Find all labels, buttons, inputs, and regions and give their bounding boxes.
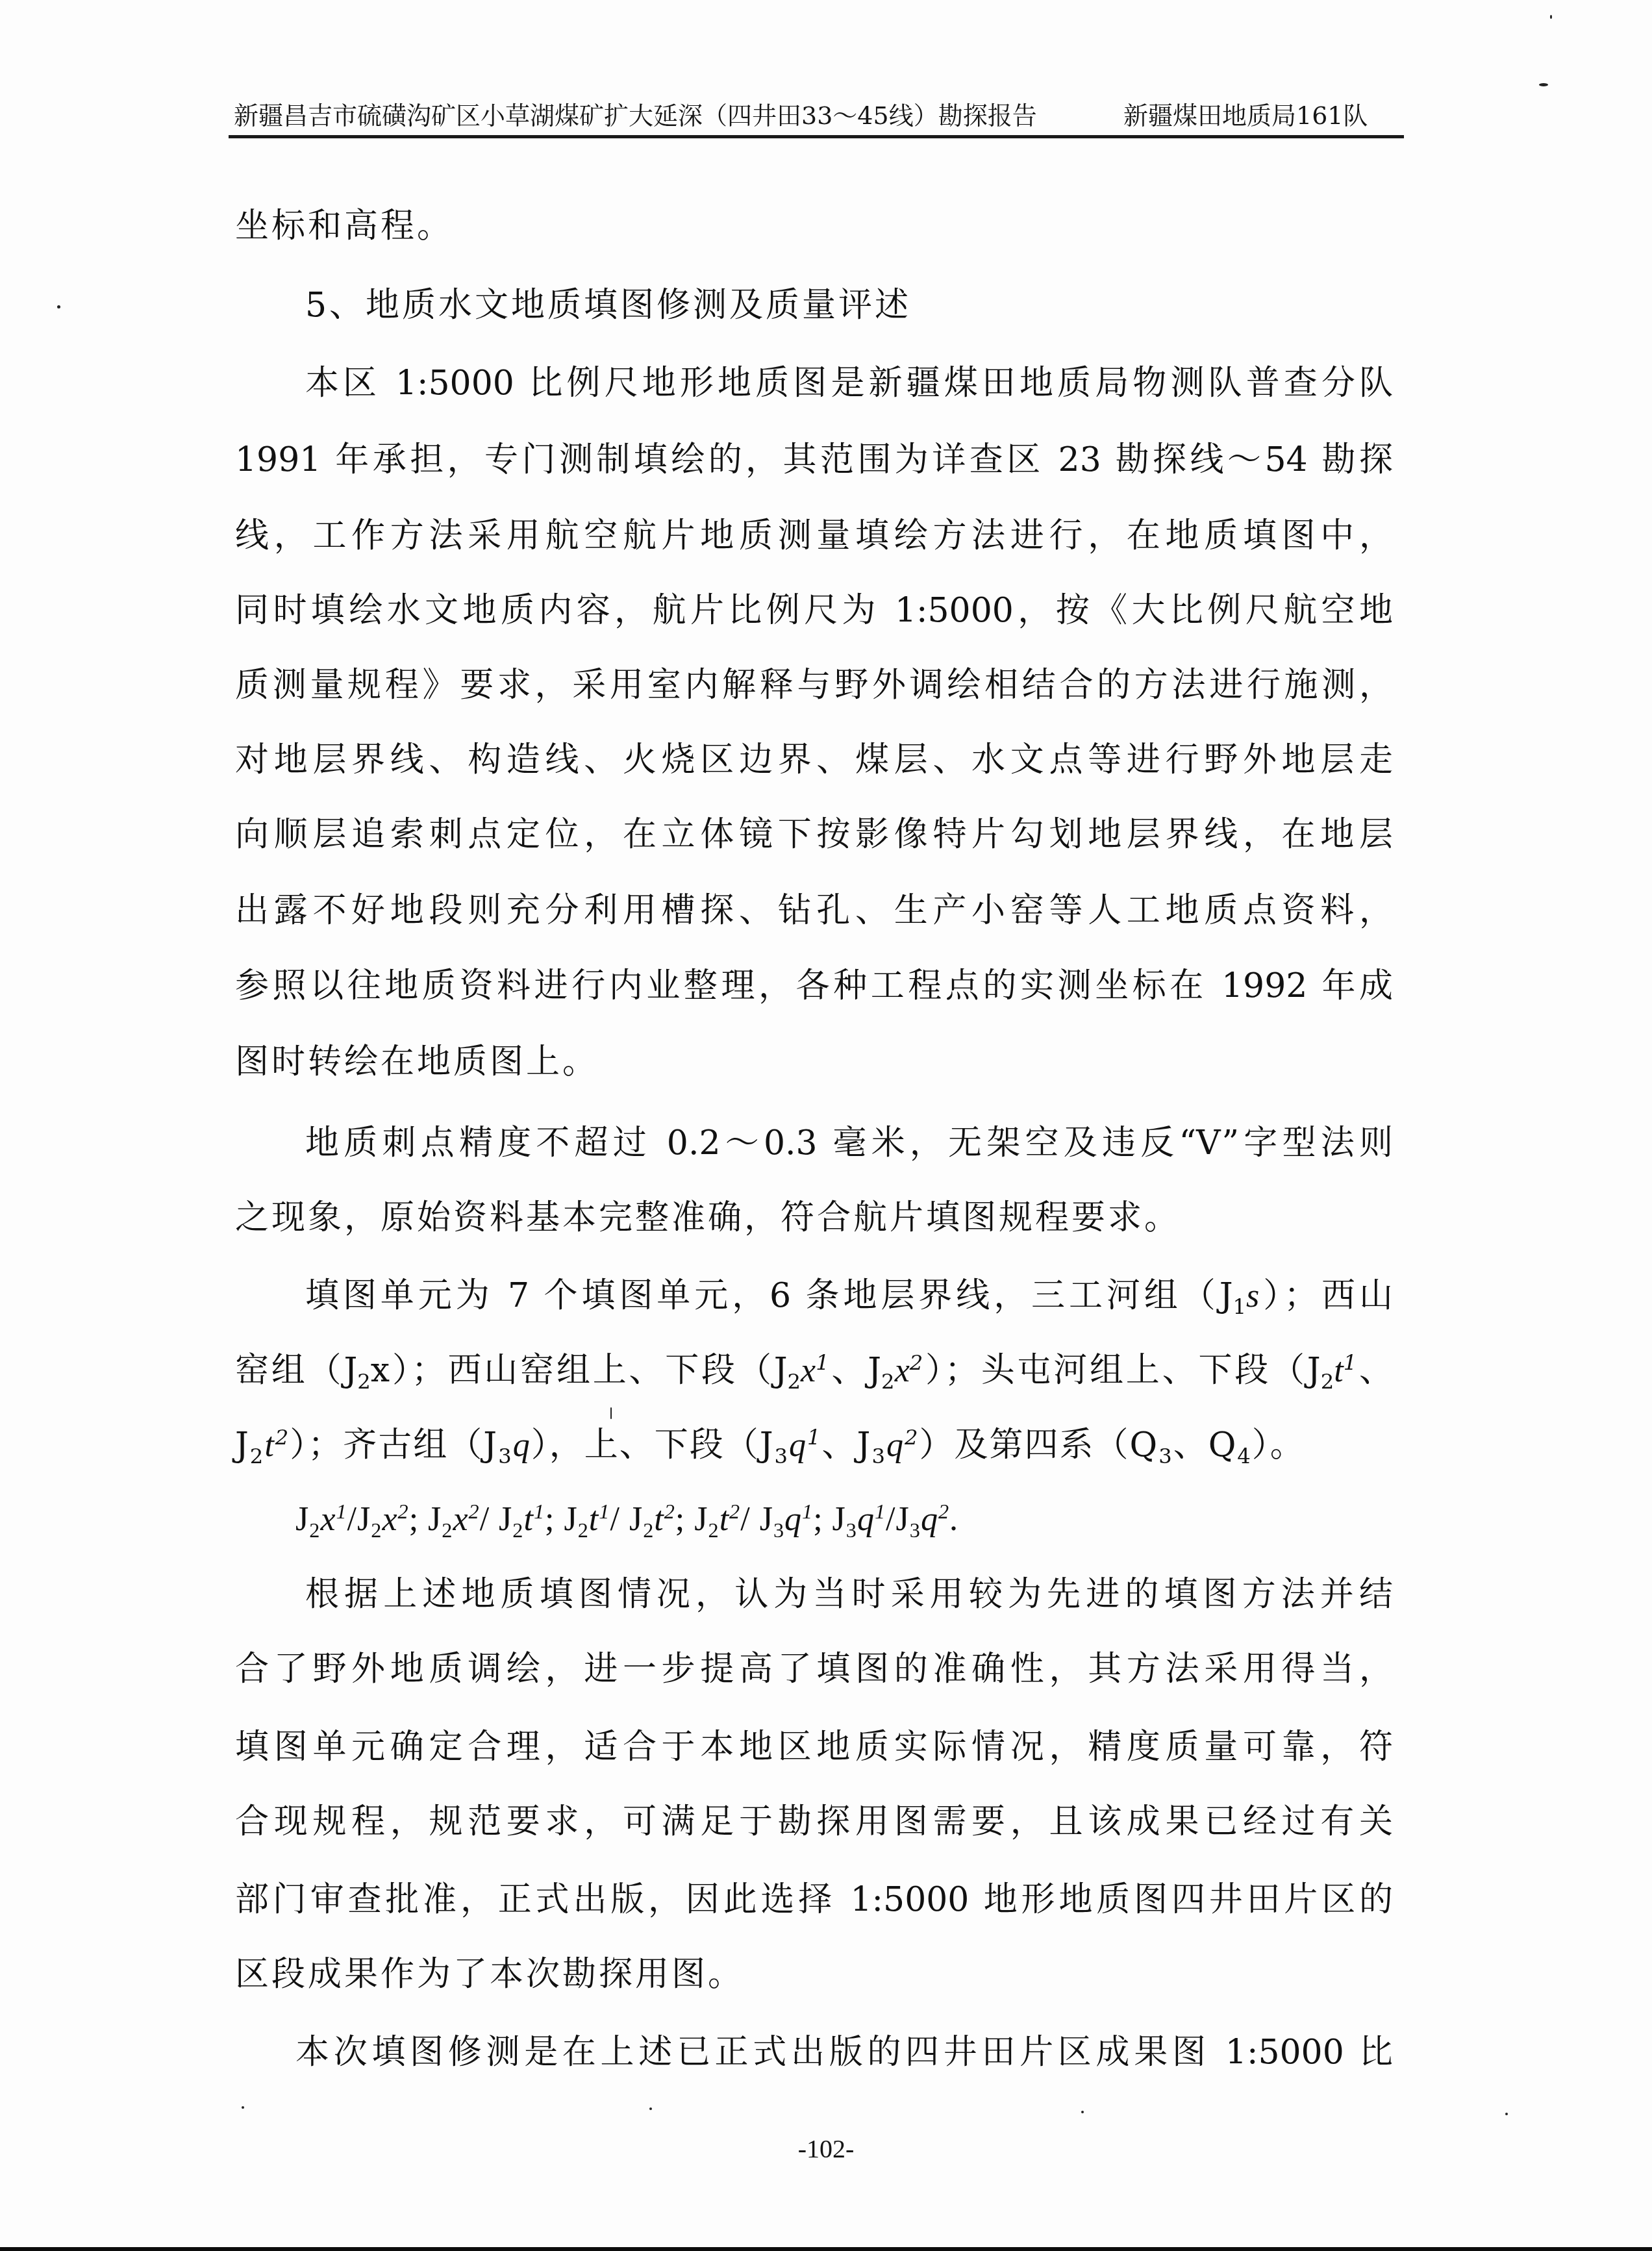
stratigraphic-boundaries-formula: J2x1/J2x2; J2x2/ J2t1; J2t1/ J2t2; J2t2/… <box>295 1494 958 1546</box>
paragraph-line: 合了野外地质调绘，进一步提高了填图的准确性，其方法采用得当， <box>235 1643 1393 1695</box>
scan-speck <box>242 2106 244 2109</box>
scan-speck <box>1550 15 1552 19</box>
paragraph-line: 同时填绘水文地质内容，航片比例尺为 1:5000，按《大比例尺航空地 <box>235 585 1393 636</box>
paragraph-line: 质测量规程》要求，采用室内解释与野外调绘相结合的方法进行施测， <box>235 659 1393 711</box>
scan-speck <box>610 1407 612 1419</box>
paragraph-line: 向顺层追索刺点定位，在立体镜下按影像特片勾划地层界线，在地层 <box>235 809 1393 861</box>
scan-speck <box>57 305 60 308</box>
paragraph-line-stratigraphy: 窑组（J2x）；西山窑组上、下段（J2x1、J2x2）；头屯河组上、下段（J2t… <box>235 1344 1393 1396</box>
paragraph-line: 本区 1:5000 比例尺地形地质图是新疆煤田地质局物测队普查分队 <box>305 357 1393 409</box>
paragraph-line-stratigraphy: J2t2）；齐古组（J3q），上、下段（J3q1、J3q2）及第四系（Q3、Q4… <box>235 1419 1305 1471</box>
paragraph-line-stratigraphy: 填图单元为 7 个填图单元，6 条地层界线，三工河组（J1s）；西山 <box>305 1270 1393 1322</box>
scan-speck <box>1505 2113 1508 2115</box>
section-heading: 5、地质水文地质填图修测及质量评述 <box>305 279 911 331</box>
scan-speck <box>1081 2111 1084 2113</box>
paragraph-line: 1991 年承担，专门测制填绘的，其范围为详查区 23 勘探线～54 勘探 <box>235 434 1393 486</box>
paragraph-line: 区段成果作为了本次勘探用图。 <box>235 1948 744 2000</box>
paragraph-line: 线，工作方法采用航空航片地质测量填绘方法进行，在地质填图中， <box>235 510 1393 562</box>
page-number: -102- <box>0 2133 1652 2164</box>
scan-edge-shadow <box>0 2247 1652 2251</box>
header-divider <box>229 135 1404 138</box>
paragraph-line: 填图单元确定合理，适合于本地区地质实际情况，精度质量可靠，符 <box>235 1721 1393 1773</box>
paragraph-line: 本次填图修测是在上述已正式出版的四井田片区成果图 1:5000 比 <box>295 2026 1393 2078</box>
paragraph-line: 根据上述地质填图情况，认为当时采用较为先进的填图方法并结 <box>305 1568 1393 1620</box>
paragraph-line: 参照以往地质资料进行内业整理，各种工程点的实测坐标在 1992 年成 <box>235 960 1393 1012</box>
scan-speck <box>649 2107 652 2110</box>
paragraph-line: 对地层界线、构造线、火烧区边界、煤层、水文点等进行野外地层走 <box>235 734 1393 786</box>
running-header-title: 新疆昌吉市硫磺沟矿区小草湖煤矿扩大延深（四井田33～45线）勘探报告 <box>234 97 1036 134</box>
paragraph-line: 出露不好地段则充分利用槽探、钻孔、生产小窑等人工地质点资料， <box>235 885 1393 937</box>
paragraph-continuation: 坐标和高程。 <box>235 200 453 252</box>
paragraph-line: 图时转绘在地质图上。 <box>235 1036 599 1088</box>
paragraph-line: 合现规程，规范要求，可满足于勘探用图需要，且该成果已经过有关 <box>235 1796 1393 1848</box>
scan-speck <box>1539 83 1548 86</box>
paragraph-line: 部门审查批准，正式出版，因此选择 1:5000 地形地质图四井田片区的 <box>235 1874 1393 1926</box>
paragraph-line: 之现象，原始资料基本完整准确，符合航片填图规程要求。 <box>235 1192 1181 1244</box>
paragraph-line: 地质刺点精度不超过 0.2～0.3 毫米，无架空及违反“V”字型法则 <box>305 1117 1393 1169</box>
running-header-organization: 新疆煤田地质局161队 <box>1123 97 1367 134</box>
